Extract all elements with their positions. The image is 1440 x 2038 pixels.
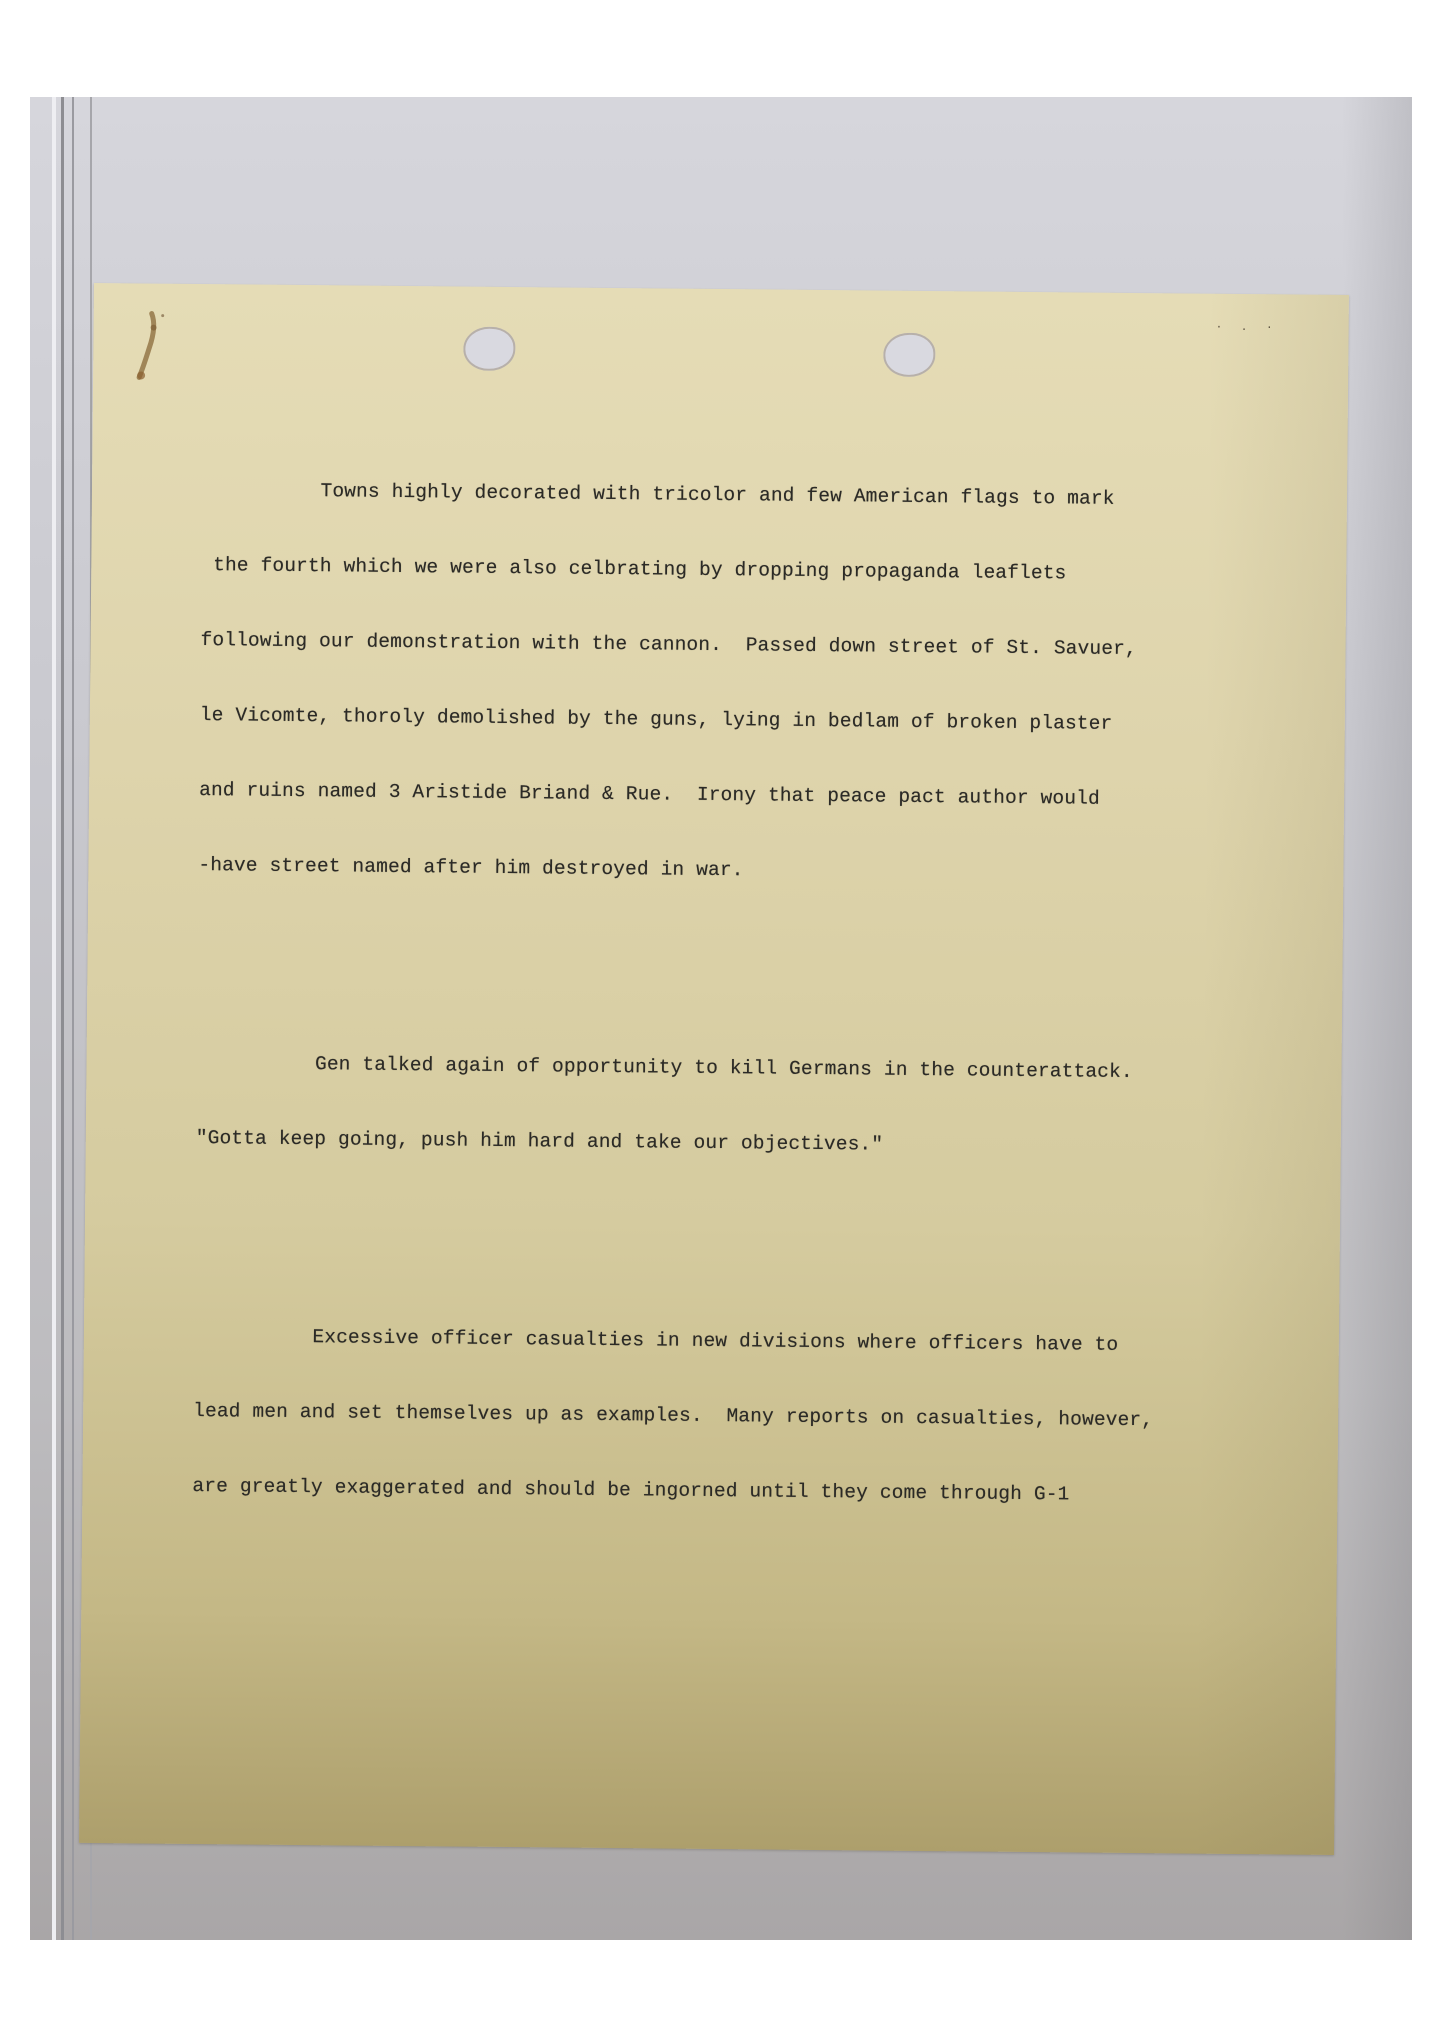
punch-hole xyxy=(883,333,935,377)
text-line: le Vicomte, thoroly demolished by the gu… xyxy=(200,703,1200,738)
paragraph-1: Towns highly decorated with tricolor and… xyxy=(198,428,1203,938)
text-line: -have street named after him destroyed i… xyxy=(198,853,1198,888)
paragraph-2: Gen talked again of opportunity to kill … xyxy=(195,1001,1197,1211)
typewritten-page: · . · Towns highly decorated with tricol… xyxy=(79,283,1349,1855)
paragraph-3: Excessive officer casualties in new divi… xyxy=(192,1274,1195,1559)
shadow xyxy=(1342,97,1412,1940)
text-line: Towns highly decorated with tricolor and… xyxy=(202,478,1202,513)
text-line: following our demonstration with the can… xyxy=(200,628,1200,663)
text-line: "Gotta keep going, push him hard and tak… xyxy=(196,1126,1196,1161)
text-line: Excessive officer casualties in new divi… xyxy=(194,1324,1194,1359)
text-line: the fourth which we were also celbrating… xyxy=(201,553,1201,588)
text-line: and ruins named 3 Aristide Briand & Rue.… xyxy=(199,778,1199,813)
rust-stain-icon xyxy=(133,305,170,385)
text-line: lead men and set themselves up as exampl… xyxy=(193,1399,1193,1434)
text-line: Gen talked again of opportunity to kill … xyxy=(196,1051,1196,1086)
text-line: are greatly exaggerated and should be in… xyxy=(192,1474,1192,1509)
paper-shading xyxy=(1194,294,1349,1855)
folder-edge xyxy=(61,97,64,1940)
folder-edge xyxy=(72,97,74,1940)
folder-edge xyxy=(52,97,56,1940)
typed-text: Towns highly decorated with tricolor and… xyxy=(191,378,1203,1632)
corner-mark: · . · xyxy=(1216,322,1279,335)
punch-hole xyxy=(463,327,515,371)
